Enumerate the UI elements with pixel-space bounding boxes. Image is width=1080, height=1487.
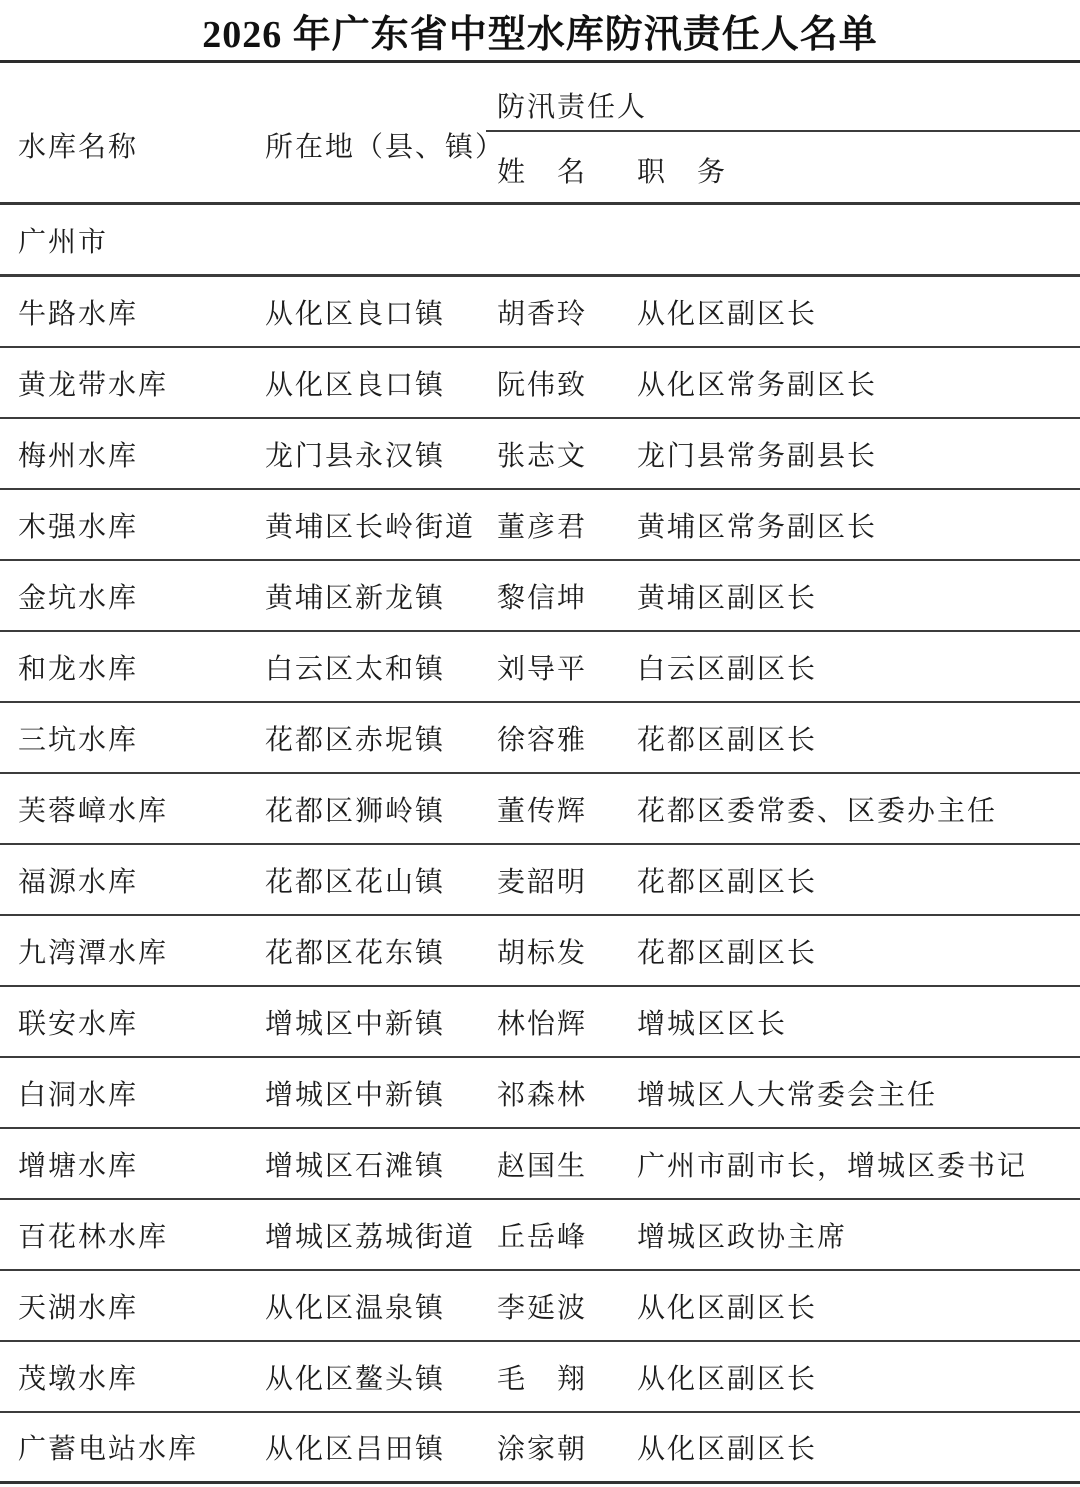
location-cell: 花都区花山镇 [265, 860, 486, 900]
reservoir-name-cell: 天湖水库 [0, 1286, 265, 1326]
reservoir-name-cell: 黄龙带水库 [0, 363, 265, 403]
person-name-cell: 刘导平 [486, 647, 637, 687]
title-bar: 2026 年广东省中型水库防汛责任人名单 [0, 0, 1080, 63]
reservoir-name-cell: 梅州水库 [0, 434, 265, 474]
position-cell: 花都区委常委、区委办主任 [637, 789, 1080, 829]
table-row: 联安水库 增城区中新镇 林怡辉 增城区区长 [0, 987, 1080, 1058]
table-row: 梅州水库 龙门县永汉镇 张志文 龙门县常务副县长 [0, 419, 1080, 490]
person-name-cell: 林怡辉 [486, 1002, 637, 1042]
person-name-cell: 黎信坤 [486, 576, 637, 616]
table-row: 金坑水库 黄埔区新龙镇 黎信坤 黄埔区副区长 [0, 561, 1080, 632]
person-name-cell: 李延波 [486, 1286, 637, 1326]
reservoir-name-cell: 芙蓉嶂水库 [0, 789, 265, 829]
position-cell: 从化区副区长 [637, 292, 1080, 332]
position-cell: 黄埔区常务副区长 [637, 505, 1080, 545]
location-cell: 增城区荔城街道 [265, 1215, 486, 1255]
location-cell: 花都区赤坭镇 [265, 718, 486, 758]
table-row: 增塘水库 增城区石滩镇 赵国生 广州市副市长，增城区委书记 [0, 1129, 1080, 1200]
table-row: 茂墩水库 从化区鳌头镇 毛 翔 从化区副区长 [0, 1342, 1080, 1413]
table-row: 和龙水库 白云区太和镇 刘导平 白云区副区长 [0, 632, 1080, 703]
table-row: 广蓄电站水库 从化区吕田镇 涂家朝 从化区副区长 [0, 1413, 1080, 1484]
table-row: 福源水库 花都区花山镇 麦韶明 花都区副区长 [0, 845, 1080, 916]
person-name-cell: 阮伟致 [486, 363, 637, 403]
position-cell: 从化区常务副区长 [637, 363, 1080, 403]
reservoir-name-cell: 三坑水库 [0, 718, 265, 758]
person-name-cell: 祁森林 [486, 1073, 637, 1113]
table-header: 水库名称 所在地（县、镇） 防汛责任人 姓 名 职 务 [0, 63, 1080, 205]
reservoir-name-cell: 金坑水库 [0, 576, 265, 616]
position-cell: 从化区副区长 [637, 1286, 1080, 1326]
person-name-cell: 麦韶明 [486, 860, 637, 900]
column-header-position: 职 务 [637, 150, 1080, 190]
location-cell: 龙门县永汉镇 [265, 434, 486, 474]
person-name-cell: 张志文 [486, 434, 637, 474]
reservoir-name-cell: 广蓄电站水库 [0, 1427, 265, 1467]
section-header-label: 广州市 [18, 220, 108, 260]
table-row: 牛路水库 从化区良口镇 胡香玲 从化区副区长 [0, 277, 1080, 348]
reservoir-name-cell: 百花林水库 [0, 1215, 265, 1255]
person-name-cell: 赵国生 [486, 1144, 637, 1184]
table-row: 三坑水库 花都区赤坭镇 徐容雅 花都区副区长 [0, 703, 1080, 774]
person-name-cell: 涂家朝 [486, 1427, 637, 1467]
table-body: 牛路水库 从化区良口镇 胡香玲 从化区副区长 黄龙带水库 从化区良口镇 阮伟致 … [0, 277, 1080, 1484]
section-header-city: 广州市 [0, 205, 1080, 277]
position-cell: 白云区副区长 [637, 647, 1080, 687]
column-header-person-name: 姓 名 [486, 150, 637, 190]
reservoir-name-cell: 福源水库 [0, 860, 265, 900]
location-cell: 花都区花东镇 [265, 931, 486, 971]
position-cell: 龙门县常务副县长 [637, 434, 1080, 474]
reservoir-name-cell: 增塘水库 [0, 1144, 265, 1184]
document-page: 2026 年广东省中型水库防汛责任人名单 水库名称 所在地（县、镇） 防汛责任人… [0, 0, 1080, 1487]
reservoir-name-cell: 和龙水库 [0, 647, 265, 687]
table-row: 芙蓉嶂水库 花都区狮岭镇 董传辉 花都区委常委、区委办主任 [0, 774, 1080, 845]
position-cell: 增城区区长 [637, 1002, 1080, 1042]
position-cell: 花都区副区长 [637, 931, 1080, 971]
location-cell: 增城区石滩镇 [265, 1144, 486, 1184]
table-row: 百花林水库 增城区荔城街道 丘岳峰 增城区政协主席 [0, 1200, 1080, 1271]
column-header-subrow: 姓 名 职 务 [486, 132, 1080, 202]
location-cell: 增城区中新镇 [265, 1002, 486, 1042]
table-row: 天湖水库 从化区温泉镇 李延波 从化区副区长 [0, 1271, 1080, 1342]
column-header-reservoir: 水库名称 [0, 63, 265, 202]
column-header-location: 所在地（县、镇） [265, 63, 486, 202]
position-cell: 从化区副区长 [637, 1427, 1080, 1467]
table-row: 黄龙带水库 从化区良口镇 阮伟致 从化区常务副区长 [0, 348, 1080, 419]
position-cell: 黄埔区副区长 [637, 576, 1080, 616]
location-cell: 从化区温泉镇 [265, 1286, 486, 1326]
location-cell: 黄埔区新龙镇 [265, 576, 486, 616]
person-name-cell: 徐容雅 [486, 718, 637, 758]
position-cell: 从化区副区长 [637, 1357, 1080, 1397]
location-cell: 花都区狮岭镇 [265, 789, 486, 829]
location-cell: 从化区良口镇 [265, 292, 486, 332]
table-row: 木强水库 黄埔区长岭街道 董彦君 黄埔区常务副区长 [0, 490, 1080, 561]
person-name-cell: 董彦君 [486, 505, 637, 545]
position-cell: 广州市副市长，增城区委书记 [637, 1144, 1080, 1184]
location-cell: 白云区太和镇 [265, 647, 486, 687]
reservoir-name-cell: 牛路水库 [0, 292, 265, 332]
table-row: 白洞水库 增城区中新镇 祁森林 增城区人大常委会主任 [0, 1058, 1080, 1129]
person-name-cell: 毛 翔 [486, 1357, 637, 1397]
reservoir-name-cell: 九湾潭水库 [0, 931, 265, 971]
reservoir-name-cell: 木强水库 [0, 505, 265, 545]
column-header-responsible-group: 防汛责任人 [486, 63, 1080, 132]
location-cell: 从化区鳌头镇 [265, 1357, 486, 1397]
location-cell: 从化区吕田镇 [265, 1427, 486, 1467]
location-cell: 从化区良口镇 [265, 363, 486, 403]
position-cell: 花都区副区长 [637, 718, 1080, 758]
reservoir-name-cell: 白洞水库 [0, 1073, 265, 1113]
person-name-cell: 胡标发 [486, 931, 637, 971]
position-cell: 增城区政协主席 [637, 1215, 1080, 1255]
reservoir-name-cell: 茂墩水库 [0, 1357, 265, 1397]
person-name-cell: 董传辉 [486, 789, 637, 829]
column-header-responsible-wrap: 防汛责任人 姓 名 职 务 [486, 63, 1080, 202]
position-cell: 花都区副区长 [637, 860, 1080, 900]
location-cell: 黄埔区长岭街道 [265, 505, 486, 545]
page-title: 2026 年广东省中型水库防汛责任人名单 [202, 3, 878, 58]
reservoir-name-cell: 联安水库 [0, 1002, 265, 1042]
location-cell: 增城区中新镇 [265, 1073, 486, 1113]
person-name-cell: 胡香玲 [486, 292, 637, 332]
table-row: 九湾潭水库 花都区花东镇 胡标发 花都区副区长 [0, 916, 1080, 987]
position-cell: 增城区人大常委会主任 [637, 1073, 1080, 1113]
person-name-cell: 丘岳峰 [486, 1215, 637, 1255]
